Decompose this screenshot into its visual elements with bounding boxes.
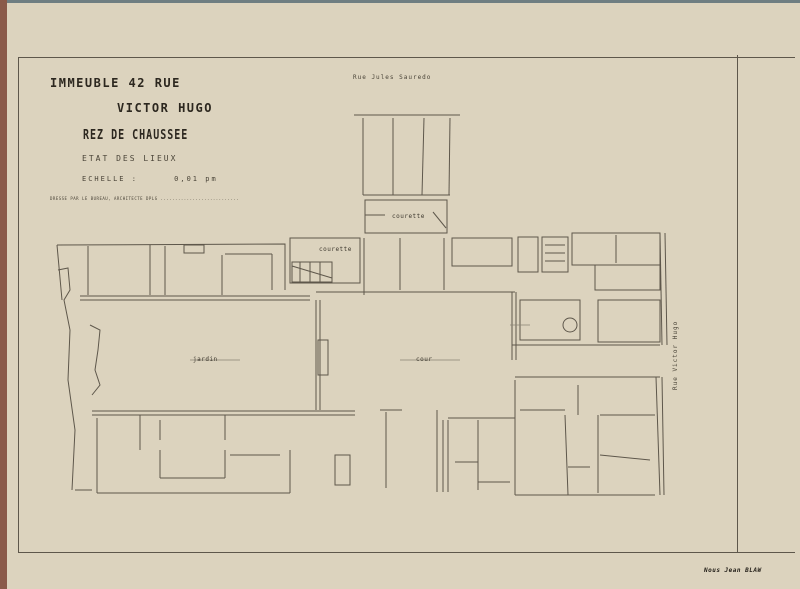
south-wing-left [75,411,355,493]
courette-lower-block [290,238,444,295]
room-label-courette-upper: courette [392,213,425,220]
south-wing-right [380,377,660,495]
signature: Nous Jean BLAW [704,567,762,574]
room-label-jardin: jardin [193,356,218,363]
axis-lines [190,325,530,360]
room-label-courette-lower: courette [319,246,352,253]
courtyard-walls [316,292,660,410]
north-rooms-left [57,244,310,300]
east-frontage [660,233,667,495]
floor-plan [0,0,800,589]
west-boundary [58,268,100,490]
northeast-rooms [452,233,660,342]
room-label-cour: cour [416,356,432,363]
